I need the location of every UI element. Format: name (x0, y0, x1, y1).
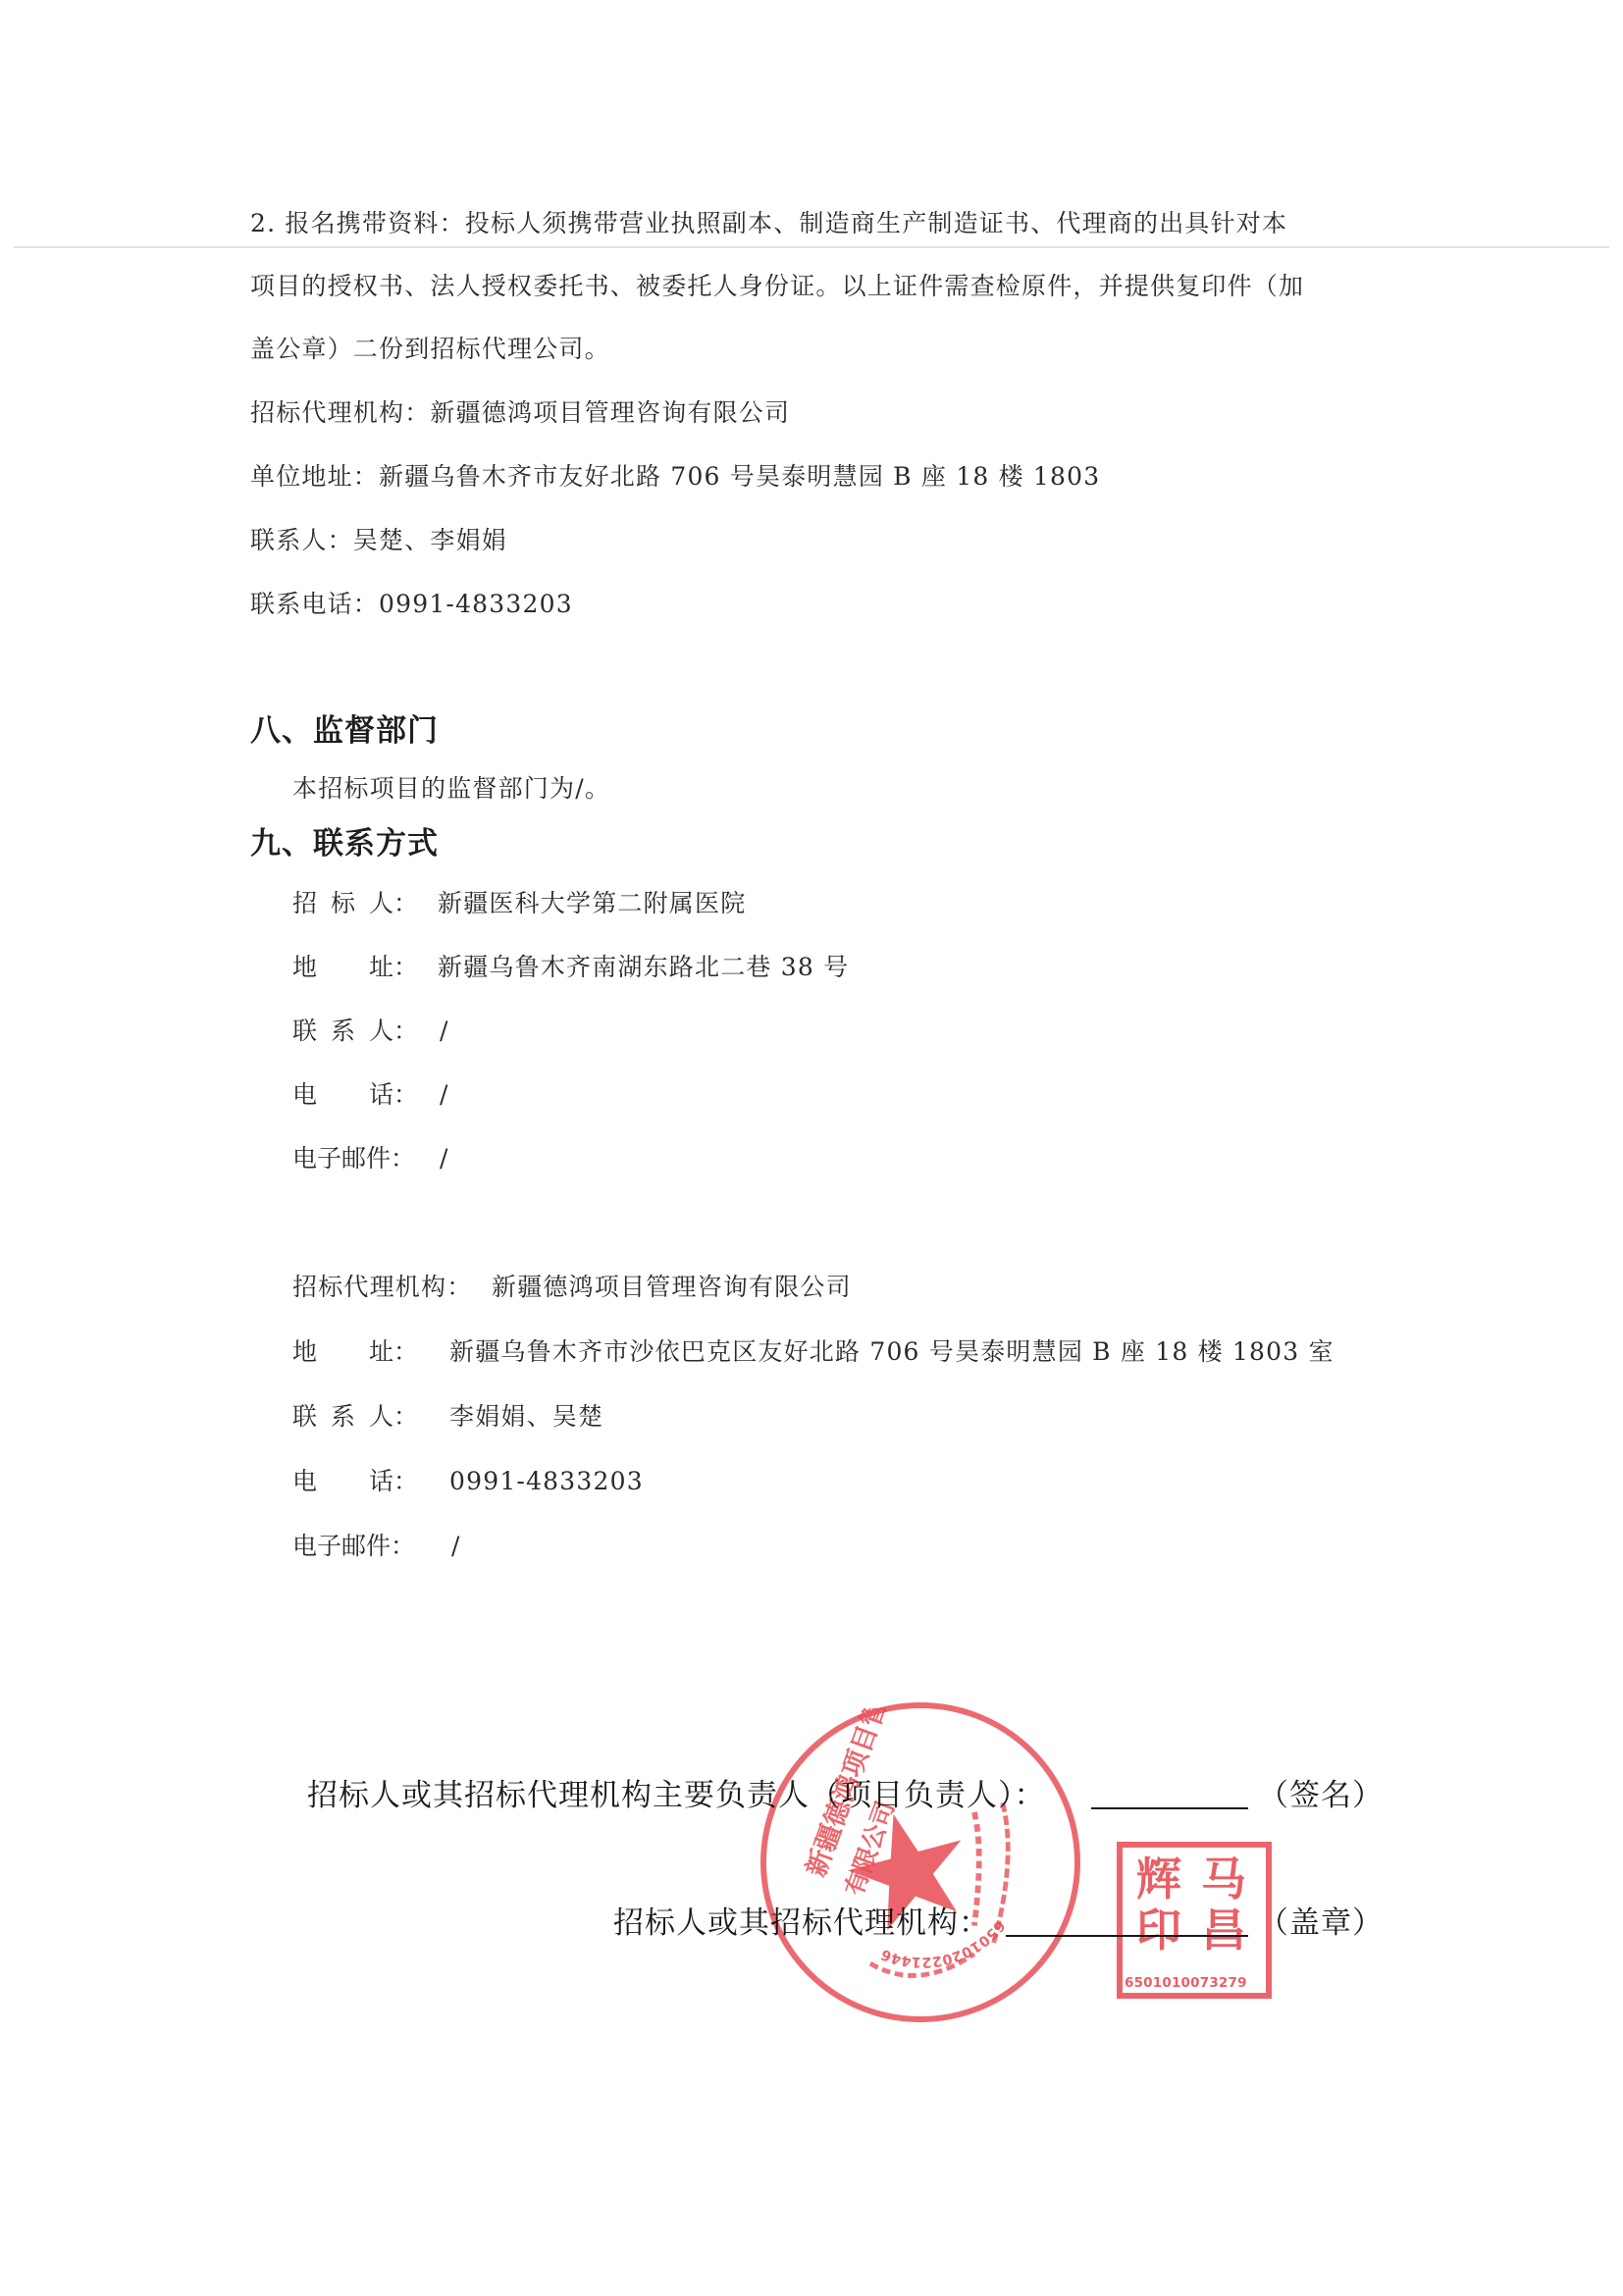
agency-line: 招标代理机构：新疆德鸿项目管理咨询有限公司 (250, 398, 790, 428)
row-label: 电话： (292, 1467, 418, 1496)
row-value: / (451, 1532, 461, 1561)
contact-line: 联系人：吴楚、李娟娟 (250, 526, 507, 555)
address-line: 单位地址：新疆乌鲁木齐市友好北路 706 号昊泰明慧园 B 座 18 楼 180… (250, 462, 1100, 492)
row-value: / (440, 1017, 449, 1046)
personal-seal-stamp: 马 昌 辉 印 6501010073279 (1117, 1842, 1272, 1999)
seal-label: 招标人或其招标代理机构： (613, 1905, 990, 1941)
seal-char: 昌 (1201, 1906, 1246, 1954)
item2-line-3: 盖公章）二份到招标代理公司。 (250, 335, 610, 364)
principal-signature-line[interactable] (1091, 1807, 1248, 1809)
row-label: 电子邮件： (292, 1532, 418, 1561)
section8-body: 本招标项目的监督部门为/。 (292, 774, 610, 804)
row-label: 联系人： (292, 1402, 418, 1432)
company-seal-stamp: 6501020221446 新疆德鸿项目管理咨询 有限公司 (760, 1702, 1080, 2022)
company-seal-graphic: 6501020221446 新疆德鸿项目管理咨询 有限公司 (766, 1708, 1074, 2016)
item2-line-1: 2. 报名携带资料：投标人须携带营业执照副本、制造商生产制造证书、代理商的出具针… (250, 209, 1287, 238)
seal-char: 辉 (1136, 1855, 1181, 1903)
row-value: / (440, 1144, 449, 1174)
row-value: 新疆乌鲁木齐市沙依巴克区友好北路 706 号昊泰明慧园 B 座 18 楼 180… (449, 1337, 1335, 1367)
seal-char: 印 (1136, 1906, 1181, 1954)
row-value: 新疆乌鲁木齐南湖东路北二巷 38 号 (438, 953, 849, 982)
seal-char: 马 (1201, 1855, 1246, 1903)
item2-line-2: 项目的授权书、法人授权委托书、被委托人身份证。以上证件需查检原件，并提供复印件（… (250, 272, 1304, 301)
phone-line: 联系电话：0991-4833203 (250, 590, 573, 619)
row-value: 新疆医科大学第二附属医院 (438, 889, 746, 918)
row-label: 电话： (292, 1080, 418, 1110)
row-label: 地址： (292, 1337, 418, 1367)
section8-heading: 八、监督部门 (250, 713, 439, 749)
row-value: / (440, 1080, 449, 1110)
principal-signature-suffix: （签名） (1258, 1778, 1384, 1813)
row-label: 电子邮件： (292, 1144, 418, 1174)
row-value: 新疆德鸿项目管理咨询有限公司 (492, 1273, 852, 1302)
scan-artifact-line (14, 246, 1609, 248)
seal-number: 6501010073279 (1125, 1975, 1247, 1991)
seal-suffix: （盖章） (1258, 1905, 1384, 1941)
section9-heading: 九、联系方式 (250, 826, 439, 861)
row-label: 联系人： (292, 1017, 418, 1046)
seal-line[interactable] (1006, 1935, 1248, 1937)
row-label: 招标人： (292, 889, 418, 918)
row-value: 李娟娟、吴楚 (449, 1402, 603, 1432)
row-label: 地址： (292, 953, 418, 982)
row-label: 招标代理机构： (292, 1273, 472, 1302)
row-value: 0991-4833203 (449, 1467, 644, 1496)
principal-signature-label: 招标人或其招标代理机构主要负责人（项目负责人）： (307, 1778, 1046, 1813)
